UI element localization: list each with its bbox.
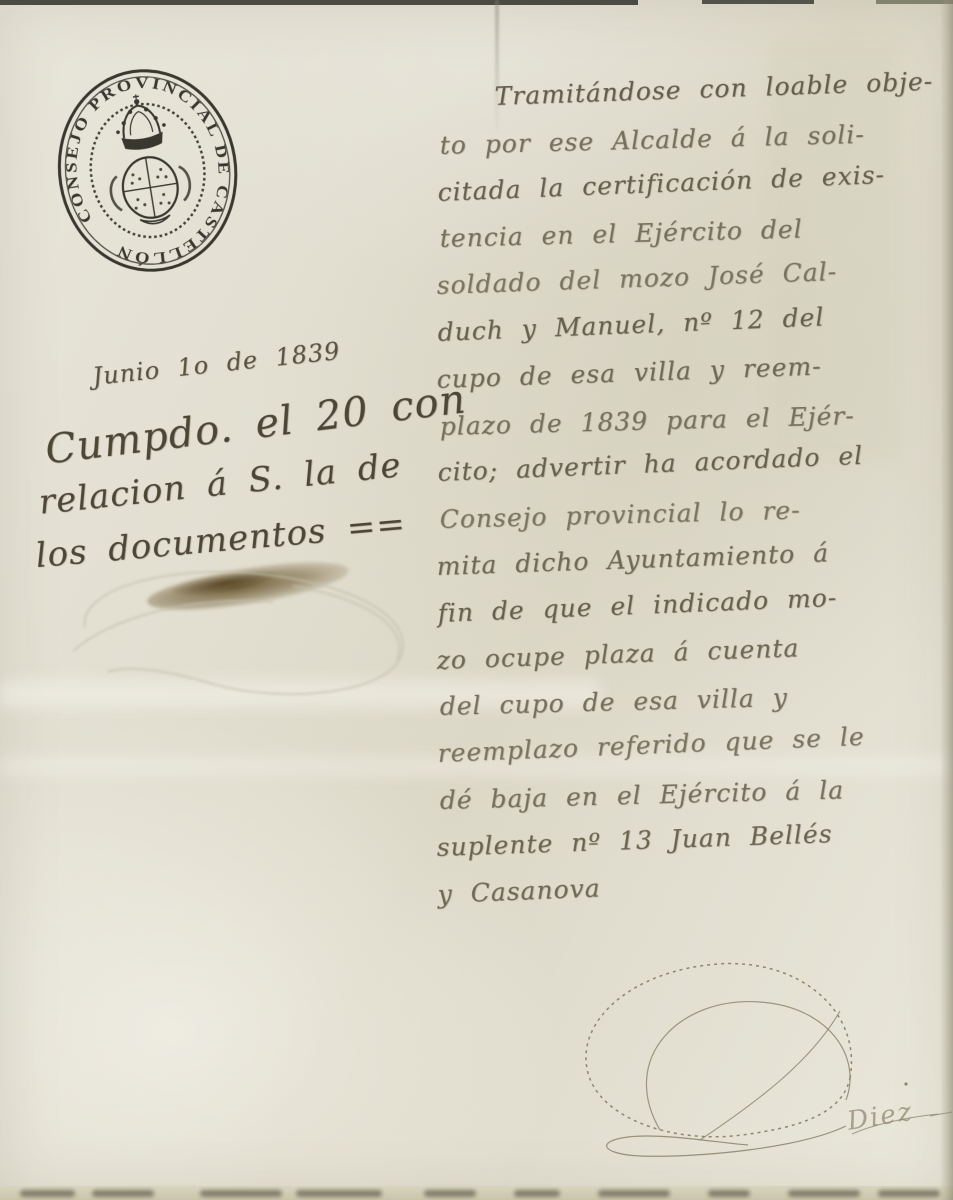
letter-body: Tramitándose con loable obje- to por ese… <box>437 84 953 926</box>
ghost-signature-showthrough <box>55 556 435 716</box>
bottom-edge-print-mark <box>878 1190 940 1197</box>
bottom-edge-print-mark <box>296 1190 382 1197</box>
coat-of-arms-icon <box>106 151 195 229</box>
bottom-edge-print-mark <box>92 1190 154 1197</box>
bottom-page-edge <box>0 1186 953 1200</box>
scanned-letter-page: CONSEJO PROVINCIAL DE CASTELLÓN <box>0 0 953 1200</box>
top-scan-edge <box>702 0 814 4</box>
right-page-edge <box>940 0 953 1200</box>
bottom-edge-print-mark <box>424 1190 476 1197</box>
bottom-edge-print-mark <box>788 1190 860 1197</box>
margin-note-line: Cumpdo. el 20 con <box>43 376 469 473</box>
signature-flourish: Diez <box>560 938 953 1188</box>
bottom-edge-print-mark <box>20 1190 75 1197</box>
provincial-seal-stamp: CONSEJO PROVINCIAL DE CASTELLÓN <box>36 50 260 295</box>
bottom-edge-print-mark <box>200 1190 282 1197</box>
signature-ink-dot <box>904 1082 907 1085</box>
signature-diagonal-stroke <box>700 1011 840 1140</box>
signature-underline-swash <box>607 1126 846 1156</box>
bottom-edge-print-mark <box>598 1190 670 1197</box>
bottom-edge-print-mark <box>514 1190 560 1197</box>
signature-inner-loop <box>646 1002 850 1130</box>
crown-icon <box>111 91 169 153</box>
bottom-edge-print-mark <box>708 1190 750 1197</box>
margin-date: Junio 1o de 1839 <box>91 337 341 391</box>
top-scan-edge <box>0 0 638 5</box>
signature-name: Diez <box>844 1097 915 1137</box>
